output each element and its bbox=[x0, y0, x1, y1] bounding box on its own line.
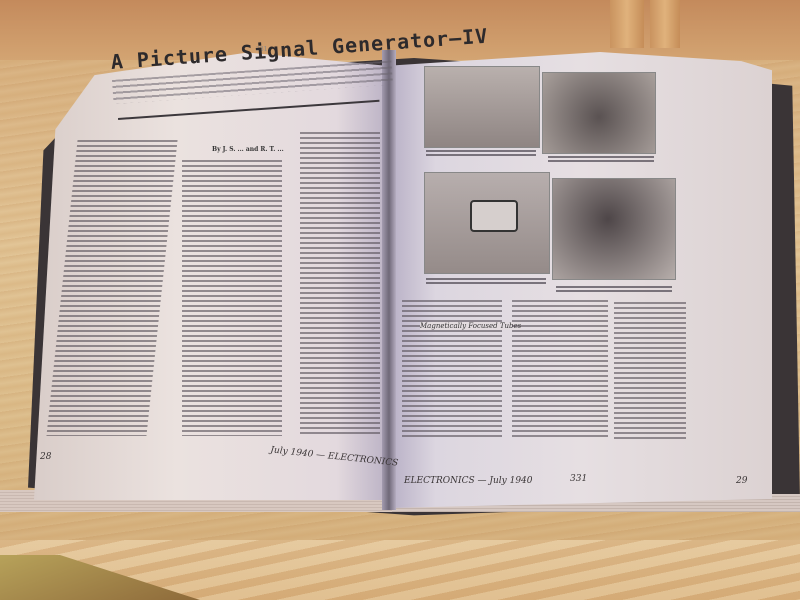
monitor-screen bbox=[470, 200, 518, 232]
byline: By J. S. ... and R. T. ... bbox=[212, 146, 284, 153]
caption bbox=[556, 286, 672, 294]
left-footer-page-number: 28 bbox=[40, 452, 51, 462]
right-footer-center: 331 bbox=[570, 474, 587, 484]
monitor-side-photo bbox=[552, 178, 676, 280]
text-column-r3 bbox=[614, 302, 686, 440]
text-column-3 bbox=[300, 132, 380, 436]
book-spine bbox=[382, 50, 396, 510]
text-column-r2 bbox=[512, 300, 608, 440]
wooden-post bbox=[610, 0, 644, 48]
control-panel-photo bbox=[424, 66, 540, 148]
caption bbox=[426, 150, 536, 158]
text-column-r1 bbox=[402, 300, 502, 440]
caption bbox=[548, 156, 654, 164]
wooden-post bbox=[650, 0, 680, 48]
section-heading: Magnetically Focused Tubes bbox=[420, 322, 521, 330]
right-footer-page-number: 29 bbox=[736, 476, 747, 486]
chassis-interior-photo bbox=[542, 72, 656, 154]
right-footer-text: ELECTRONICS — July 1940 bbox=[404, 476, 533, 486]
text-column-2 bbox=[182, 160, 282, 436]
caption bbox=[426, 278, 546, 286]
